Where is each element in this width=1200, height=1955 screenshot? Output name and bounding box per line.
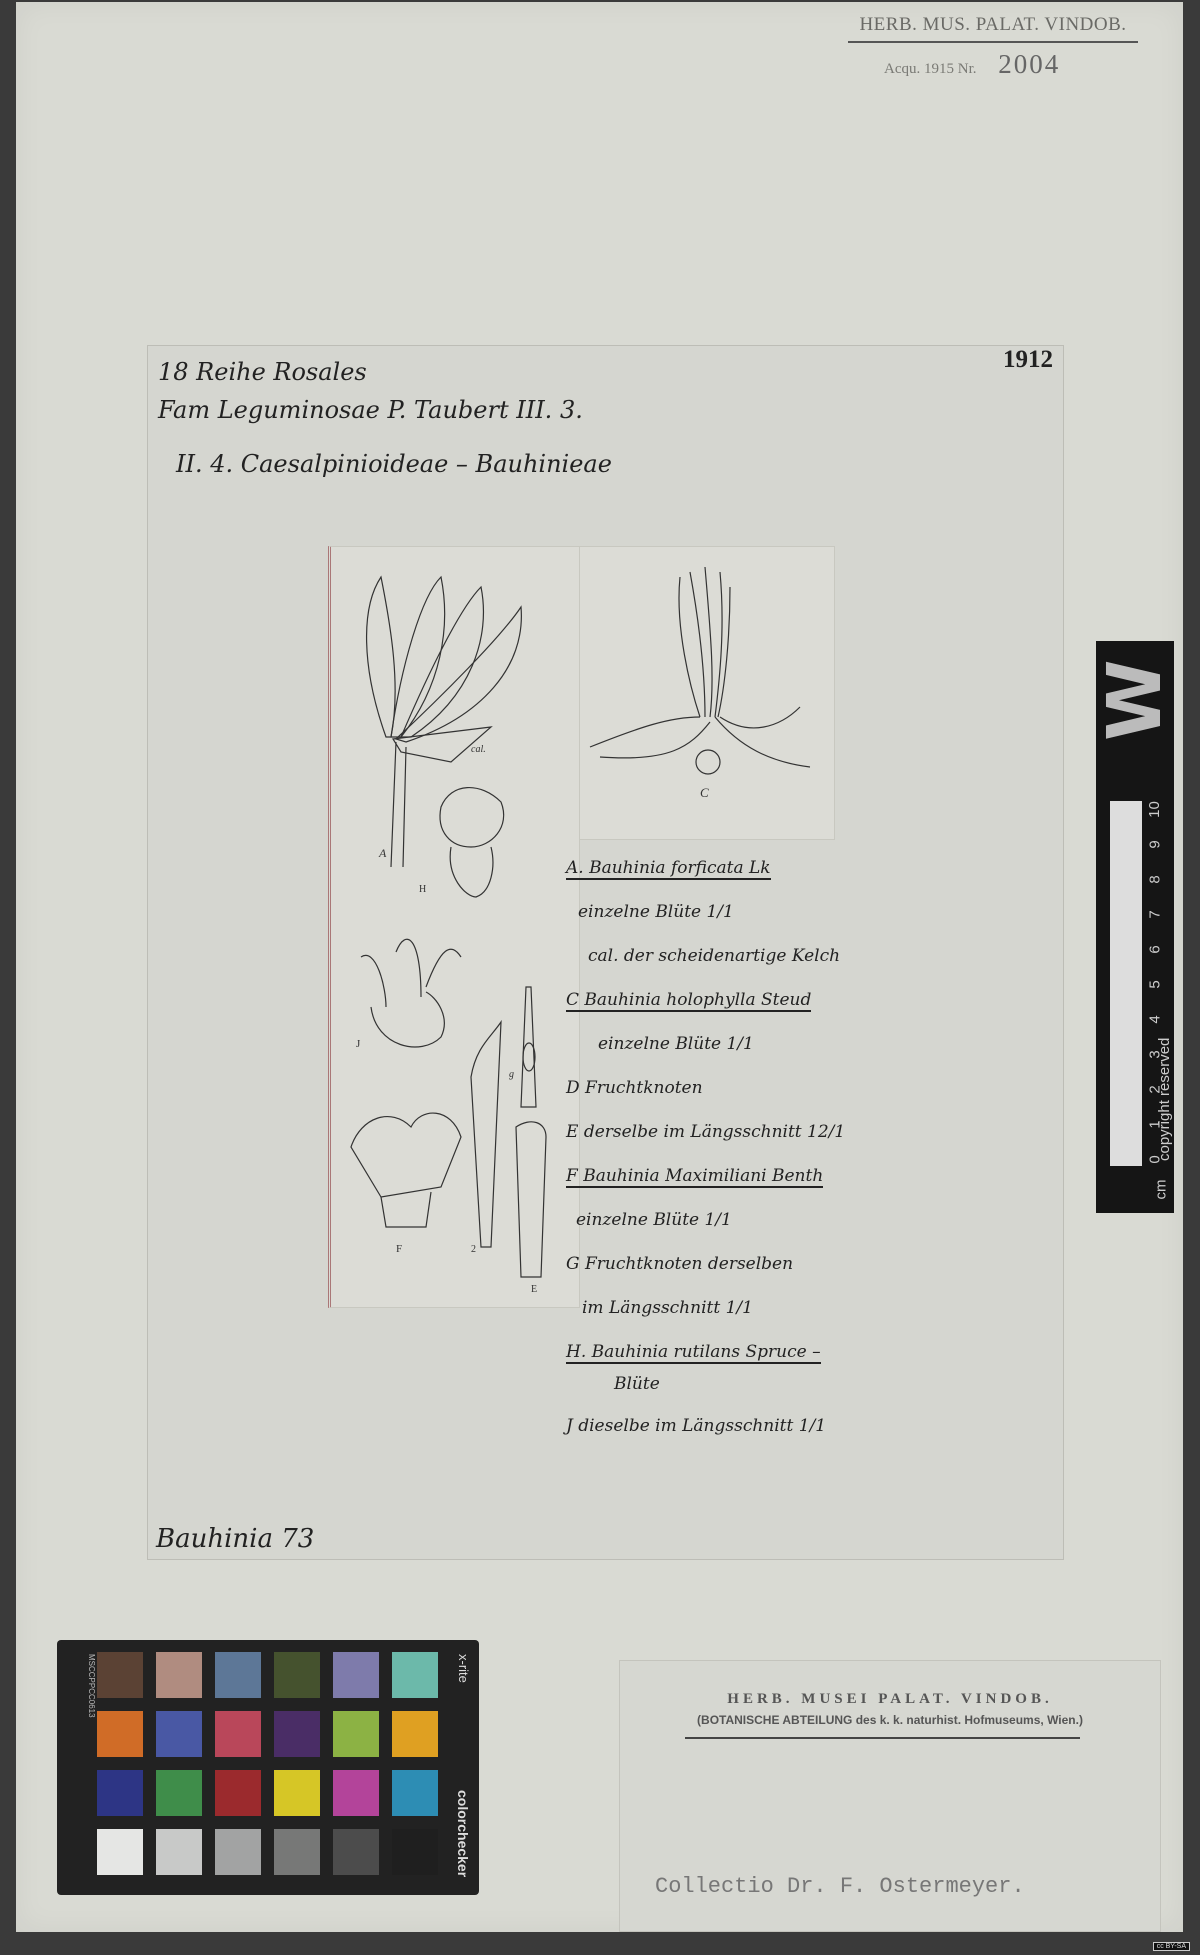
- card-number: 1912: [1003, 346, 1053, 374]
- color-patch: [97, 1652, 143, 1698]
- nr-label: Nr.: [958, 61, 977, 77]
- drawing-sheet-left: A cal. H J F 2 g E: [328, 546, 580, 1308]
- ruler-tick: 5: [1147, 980, 1164, 988]
- label-subtitle: (BOTANISCHE ABTEILUNG des k. k. naturhis…: [620, 1713, 1160, 1727]
- color-patch: [392, 1829, 438, 1875]
- color-patch: [97, 1829, 143, 1875]
- color-patch: [333, 1652, 379, 1698]
- ruler-tick: 8: [1147, 875, 1164, 883]
- color-patch: [156, 1770, 202, 1816]
- color-patch: [156, 1829, 202, 1875]
- stamp-accession: Acqu. 1915 Nr. 2004: [848, 49, 1138, 80]
- ruler-tick: 7: [1147, 910, 1164, 918]
- specimen-notes: A. Bauhinia forficata Lk einzelne Blüte …: [566, 846, 1056, 1448]
- note-line: J dieselbe im Längsschnitt 1/1: [566, 1404, 1056, 1448]
- svg-text:cal.: cal.: [471, 744, 486, 755]
- note-line: D Fruchtknoten: [566, 1066, 1056, 1110]
- collector-stamp: Collectio Dr. F. Ostermeyer.: [655, 1874, 1025, 1899]
- color-patch: [333, 1711, 379, 1757]
- color-patch: [333, 1770, 379, 1816]
- header-family: Fam Leguminosae P. Taubert III. 3.: [158, 396, 583, 424]
- mounted-card: 1912 18 Reihe Rosales Fam Leguminosae P.…: [147, 345, 1064, 1560]
- label-rule: [685, 1737, 1080, 1739]
- license-badge-icon: cc BY-SA: [1153, 1942, 1190, 1951]
- color-patch: [274, 1711, 320, 1757]
- ruler-scale-bar: [1110, 801, 1142, 1166]
- svg-text:E: E: [531, 1284, 537, 1295]
- note-line: cal. der scheidenartige Kelch: [566, 934, 1056, 978]
- flower-drawing-c-icon: C: [580, 547, 834, 839]
- ruler-tick: 3: [1147, 1050, 1164, 1058]
- ruler-tick: 9: [1147, 840, 1164, 848]
- note-line: H. Bauhinia rutilans Spruce –: [566, 1330, 1056, 1374]
- stamp-institution: HERB. MUS. PALAT. VINDOB.: [848, 14, 1138, 36]
- color-patch: [333, 1829, 379, 1875]
- note-line: G Fruchtknoten derselben: [566, 1242, 1056, 1286]
- label-title: HERB. MUSEI PALAT. VINDOB.: [620, 1691, 1160, 1708]
- note-line: im Längsschnitt 1/1: [566, 1286, 1056, 1330]
- checker-product-name: colorchecker: [455, 1790, 471, 1877]
- note-line: einzelne Blüte 1/1: [566, 1198, 1056, 1242]
- note-line: C Bauhinia holophylla Steud: [566, 978, 1056, 1022]
- xrite-logo-icon: x-rite: [456, 1654, 471, 1683]
- ruler-tick: 1: [1147, 1120, 1164, 1128]
- card-footer-genus: Bauhinia 73: [156, 1524, 314, 1554]
- note-line: Blüte: [566, 1374, 1056, 1404]
- color-patch: [392, 1652, 438, 1698]
- color-patch: [97, 1711, 143, 1757]
- svg-text:C: C: [700, 785, 709, 800]
- color-patch: [97, 1770, 143, 1816]
- acqu-year: 1915: [924, 61, 954, 77]
- svg-text:F: F: [396, 1243, 402, 1255]
- color-patch: [392, 1711, 438, 1757]
- note-line: A. Bauhinia forficata Lk: [566, 846, 1056, 890]
- ruler-tick: 4: [1147, 1015, 1164, 1023]
- ruler-tick: 6: [1147, 945, 1164, 953]
- color-patch: [274, 1829, 320, 1875]
- ruler-tick: 10: [1146, 801, 1163, 818]
- stamp-rule: [848, 41, 1138, 43]
- ruler-tick: 0: [1147, 1155, 1164, 1163]
- svg-text:g: g: [509, 1069, 514, 1080]
- ruler-copyright: copyright reserved: [1156, 981, 1173, 1161]
- ruler-tick: 2: [1147, 1085, 1164, 1093]
- color-patch: [274, 1770, 320, 1816]
- checker-serial: MSCCPPCC0613: [87, 1654, 96, 1718]
- color-patch: [156, 1711, 202, 1757]
- w-logo-icon: W: [1092, 663, 1178, 741]
- note-line: einzelne Blüte 1/1: [566, 1022, 1056, 1066]
- accession-number: 2004: [998, 49, 1060, 79]
- color-patch: [215, 1770, 261, 1816]
- color-patch: [274, 1652, 320, 1698]
- scale-ruler: W copyright reserved cm 0 1 2 3 4 5 6 7 …: [1096, 641, 1174, 1213]
- svg-text:2: 2: [471, 1244, 476, 1255]
- color-checker-card: MSCCPPCC0613 x-rite colorchecker: [57, 1640, 479, 1895]
- svg-text:H: H: [419, 884, 426, 895]
- flower-drawings-icon: A cal. H J F 2 g E: [331, 547, 579, 1307]
- ruler-unit: cm: [1153, 1180, 1170, 1200]
- acqu-label: Acqu.: [884, 61, 920, 77]
- color-patch: [215, 1711, 261, 1757]
- note-line: einzelne Blüte 1/1: [566, 890, 1056, 934]
- collection-label: HERB. MUSEI PALAT. VINDOB. (BOTANISCHE A…: [619, 1660, 1161, 1932]
- header-tribe: II. 4. Caesalpinioideae – Bauhinieae: [176, 450, 612, 478]
- color-patch: [215, 1829, 261, 1875]
- note-line: E derselbe im Längsschnitt 12/1: [566, 1110, 1056, 1154]
- color-patch: [392, 1770, 438, 1816]
- color-patch: [156, 1652, 202, 1698]
- drawing-sheet-right: C: [579, 546, 835, 840]
- svg-text:J: J: [356, 1038, 361, 1050]
- note-line: F Bauhinia Maximiliani Benth: [566, 1154, 1056, 1198]
- accession-stamp: HERB. MUS. PALAT. VINDOB. Acqu. 1915 Nr.…: [848, 14, 1138, 80]
- color-patch: [215, 1652, 261, 1698]
- header-order: 18 Reihe Rosales: [158, 358, 367, 386]
- svg-text:A: A: [378, 846, 387, 860]
